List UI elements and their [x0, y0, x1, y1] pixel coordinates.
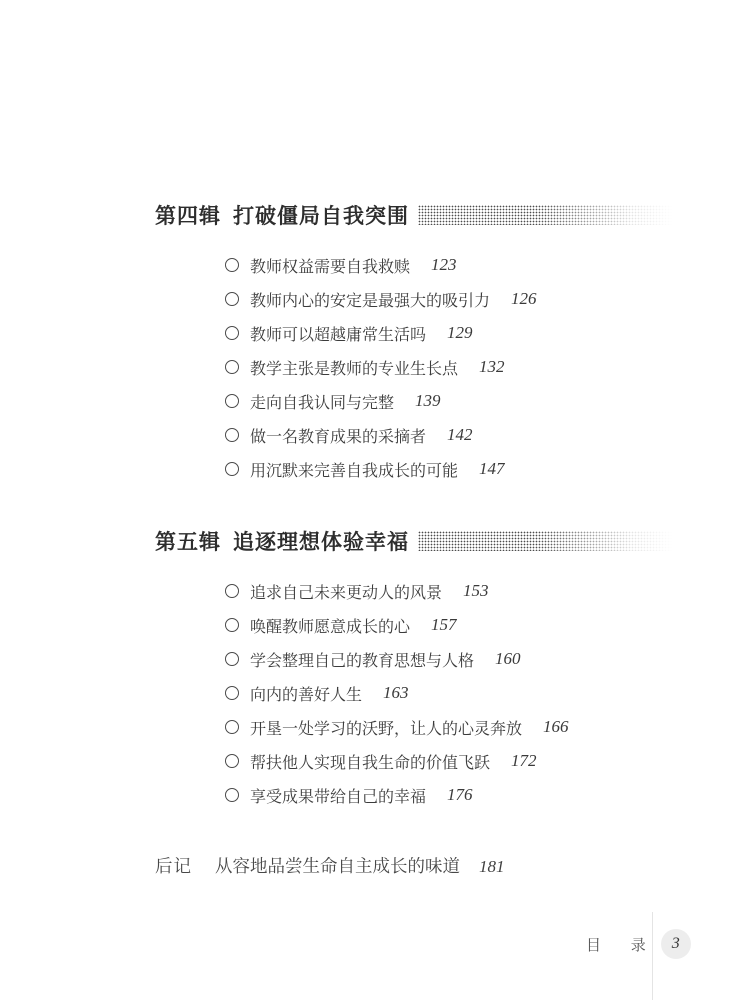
toc-entry: 享受成果带给自己的幸福 176: [155, 778, 680, 812]
entry-page-number: 176: [447, 785, 473, 805]
section-title: 打破僵局自我突围: [233, 200, 409, 230]
toc-entry: 教师内心的安定是最强大的吸引力 126: [155, 282, 680, 316]
entry-page-number: 163: [383, 683, 409, 703]
entry-page-number: 153: [463, 581, 489, 601]
entry-page-number: 160: [495, 649, 521, 669]
circle-bullet-icon: [225, 292, 239, 306]
entry-title: 教学主张是教师的专业生长点: [250, 356, 458, 379]
entry-title: 走向自我认同与完整: [250, 390, 394, 413]
entry-title: 开垦一处学习的沃野，让人的心灵奔放: [250, 716, 522, 739]
afterword-row: 后记 从容地品尝生命自主成长的味道 181: [155, 853, 505, 878]
entry-title: 做一名教育成果的采摘者: [250, 424, 426, 447]
entry-title: 教师内心的安定是最强大的吸引力: [250, 288, 490, 311]
toc-entry: 帮扶他人实现自我生命的价值飞跃 172: [155, 744, 680, 778]
toc-entry: 教师权益需要自我救赎 123: [155, 248, 680, 282]
entry-page-number: 123: [431, 255, 457, 275]
page-number-circle: 3: [661, 929, 691, 959]
entry-title: 教师权益需要自我救赎: [250, 254, 410, 277]
entry-page-number: 129: [447, 323, 473, 343]
entry-page-number: 142: [447, 425, 473, 445]
section-item-list: 追求自己未来更动人的风景 153 唤醒教师愿意成长的心 157 学会整理自己的教…: [155, 574, 680, 812]
toc-entry: 向内的善好人生 163: [155, 676, 680, 710]
toc-entry: 走向自我认同与完整 139: [155, 384, 680, 418]
dotted-band-icon: [418, 531, 680, 551]
circle-bullet-icon: [225, 754, 239, 768]
circle-bullet-icon: [225, 652, 239, 666]
entry-page-number: 147: [479, 459, 505, 479]
entry-title: 用沉默来完善自我成长的可能: [250, 458, 458, 481]
circle-bullet-icon: [225, 788, 239, 802]
entry-title: 向内的善好人生: [250, 682, 362, 705]
section-label: 第五辑: [155, 526, 221, 556]
entry-page-number: 139: [415, 391, 441, 411]
footer-folio: 目 录 3: [586, 929, 691, 959]
circle-bullet-icon: [225, 618, 239, 632]
circle-bullet-icon: [225, 720, 239, 734]
circle-bullet-icon: [225, 394, 239, 408]
entry-title: 学会整理自己的教育思想与人格: [250, 648, 474, 671]
dotted-band-icon: [418, 205, 680, 225]
toc-entry: 追求自己未来更动人的风景 153: [155, 574, 680, 608]
entry-title: 帮扶他人实现自我生命的价值飞跃: [250, 750, 490, 773]
entry-title: 享受成果带给自己的幸福: [250, 784, 426, 807]
section-label: 第四辑: [155, 200, 221, 230]
entry-page-number: 132: [479, 357, 505, 377]
entry-page-number: 172: [511, 751, 537, 771]
toc-entry: 教师可以超越庸常生活吗 129: [155, 316, 680, 350]
section-title: 追逐理想体验幸福: [233, 526, 409, 556]
toc-entry: 做一名教育成果的采摘者 142: [155, 418, 680, 452]
circle-bullet-icon: [225, 584, 239, 598]
circle-bullet-icon: [225, 462, 239, 476]
afterword-page-number: 181: [479, 857, 505, 877]
entry-title: 追求自己未来更动人的风景: [250, 580, 442, 603]
toc-entry: 学会整理自己的教育思想与人格 160: [155, 642, 680, 676]
entry-title: 唤醒教师愿意成长的心: [250, 614, 410, 637]
entry-page-number: 126: [511, 289, 537, 309]
circle-bullet-icon: [225, 686, 239, 700]
entry-page-number: 166: [543, 717, 569, 737]
toc-entry: 教学主张是教师的专业生长点 132: [155, 350, 680, 384]
circle-bullet-icon: [225, 360, 239, 374]
afterword-title: 从容地品尝生命自主成长的味道: [215, 853, 460, 878]
toc-entry: 开垦一处学习的沃野，让人的心灵奔放 166: [155, 710, 680, 744]
circle-bullet-icon: [225, 428, 239, 442]
entry-title: 教师可以超越庸常生活吗: [250, 322, 426, 345]
toc-section-4: 第四辑 打破僵局自我突围 教师权益需要自我救赎 123 教师内心的安定是最强大的…: [155, 200, 680, 486]
section-item-list: 教师权益需要自我救赎 123 教师内心的安定是最强大的吸引力 126 教师可以超…: [155, 248, 680, 486]
toc-entry: 唤醒教师愿意成长的心 157: [155, 608, 680, 642]
toc-section-5: 第五辑 追逐理想体验幸福 追求自己未来更动人的风景 153 唤醒教师愿意成长的心…: [155, 526, 680, 812]
afterword-label: 后记: [155, 853, 192, 878]
circle-bullet-icon: [225, 258, 239, 272]
toc-entry: 用沉默来完善自我成长的可能 147: [155, 452, 680, 486]
section-heading: 第四辑 打破僵局自我突围: [155, 200, 680, 230]
entry-page-number: 157: [431, 615, 457, 635]
running-title: 目 录: [586, 934, 659, 955]
section-heading: 第五辑 追逐理想体验幸福: [155, 526, 680, 556]
circle-bullet-icon: [225, 326, 239, 340]
